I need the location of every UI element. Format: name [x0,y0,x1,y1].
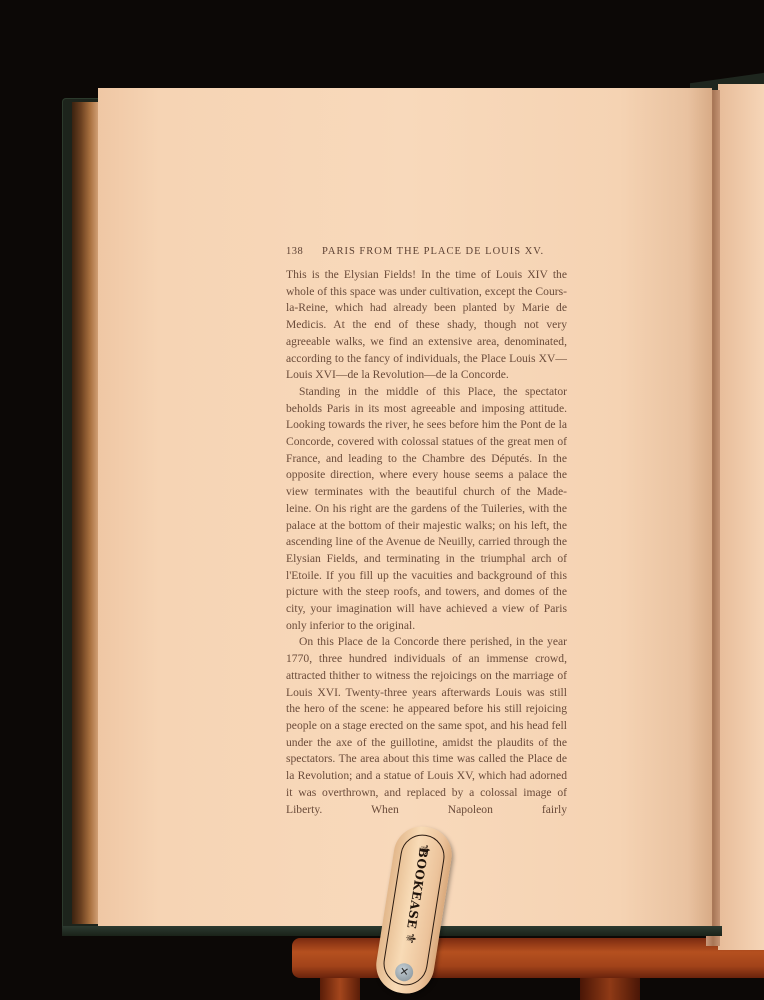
page-number: 138 [286,246,322,257]
paragraph-3: On this Place de la Concorde there peris… [286,634,567,818]
fleur-de-lis-icon: ⚜ [400,931,419,946]
running-head: 138 PARIS FROM THE PLACE DE LOUIS XV. [286,246,567,257]
wooden-book-stand [292,938,764,978]
paragraph-2: Standing in the middle of this Place, th… [286,384,567,635]
stand-post-left [320,975,360,1000]
page-text-block: 138 PARIS FROM THE PLACE DE LOUIS XV. Th… [286,246,567,818]
photo-scene: 138 PARIS FROM THE PLACE DE LOUIS XV. Th… [0,0,764,1000]
right-page [718,84,764,950]
running-title: PARIS FROM THE PLACE DE LOUIS XV. [322,246,544,257]
paragraph-1: This is the Elysian Fields! In the time … [286,267,567,384]
stand-post-right [580,975,640,1000]
